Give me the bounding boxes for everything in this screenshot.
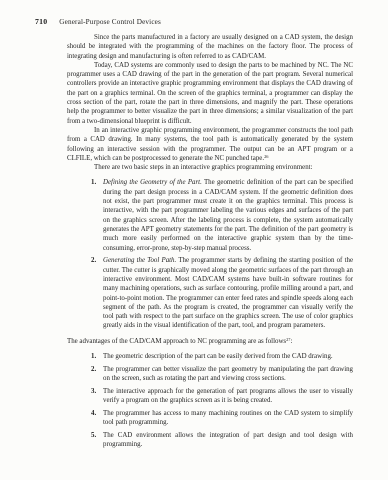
footnote-reference: 26: [264, 154, 268, 159]
list-item-lead: Generating the Tool Path.: [103, 257, 176, 264]
page-number: 710: [35, 17, 47, 26]
advantages-intro-text: The advantages of the CAD/CAM approach t…: [67, 338, 286, 345]
running-header-title: General-Purpose Control Devices: [59, 18, 161, 26]
advantages-intro-colon: :: [291, 338, 293, 345]
paragraph-text: In an interactive graphic programming en…: [67, 127, 353, 162]
list-item-advantage-machining-routines: 4. The programmer has access to many mac…: [103, 409, 353, 428]
list-item-text: The interactive approach for the generat…: [103, 388, 353, 404]
list-item-text: The geometric definition of the part can…: [103, 179, 353, 251]
list-number: 1.: [91, 178, 96, 187]
list-item-lead: Defining the Geometry of the Part.: [103, 179, 202, 186]
list-item-generating-tool-path: 2. Generating the Tool Path. The program…: [103, 256, 353, 330]
list-item-text: The programmer can better visualize the …: [103, 366, 353, 382]
list-item-defining-geometry: 1. Defining the Geometry of the Part. Th…: [103, 178, 353, 252]
list-item-text: The geometric description of the part ca…: [103, 353, 333, 360]
list-item-advantage-visualize: 2. The programmer can better visualize t…: [103, 365, 353, 384]
body-text-column: Since the parts manufactured in a factor…: [67, 33, 353, 456]
list-number: 5.: [91, 431, 96, 440]
paragraph-cad-integration: Since the parts manufactured in a factor…: [67, 33, 353, 61]
book-page: 710General-Purpose Control Devices Since…: [0, 0, 388, 480]
paragraph-cad-systems: Today, CAD systems are commonly used to …: [67, 61, 353, 126]
advantages-list: 1. The geometric description of the part…: [67, 352, 353, 450]
list-item-text: The programmer starts by defining the st…: [103, 257, 353, 329]
list-item-text: The programmer has access to many machin…: [103, 410, 353, 426]
list-number: 4.: [91, 409, 96, 418]
list-number: 1.: [91, 352, 96, 361]
list-number: 2.: [91, 365, 96, 374]
list-item-advantage-integration: 5. The CAD environment allows the integr…: [103, 431, 353, 450]
list-item-text: The CAD environment allows the integrati…: [103, 432, 353, 448]
paragraph-interactive-environment: In an interactive graphic programming en…: [67, 126, 353, 163]
steps-list: 1. Defining the Geometry of the Part. Th…: [67, 178, 353, 330]
running-header: 710General-Purpose Control Devices: [35, 17, 352, 26]
list-number: 3.: [91, 387, 96, 396]
list-number: 2.: [91, 256, 96, 265]
steps-intro-line: There are two basic steps in an interact…: [67, 163, 353, 172]
list-item-advantage-geometry: 1. The geometric description of the part…: [103, 352, 353, 361]
list-item-advantage-interactive-verify: 3. The interactive approach for the gene…: [103, 387, 353, 406]
advantages-intro-line: The advantages of the CAD/CAM approach t…: [67, 337, 353, 346]
